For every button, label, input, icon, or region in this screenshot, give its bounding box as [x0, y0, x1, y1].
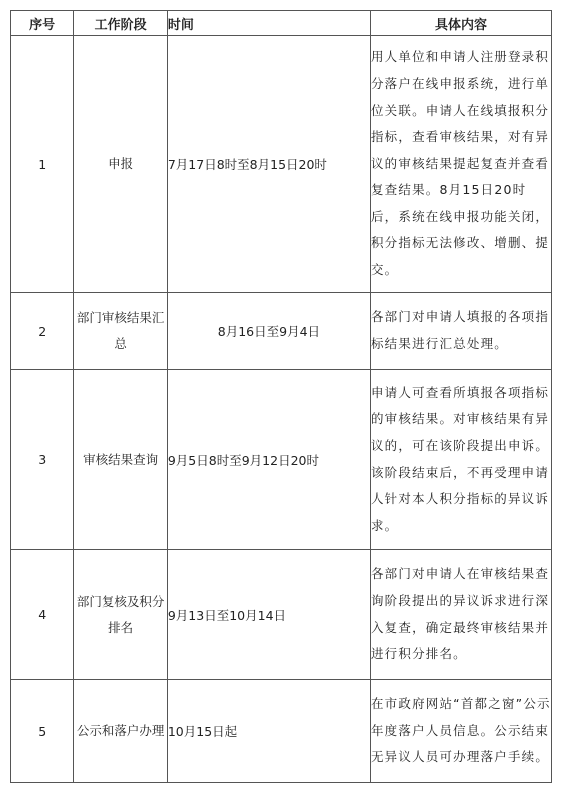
row-time: 10月15日起 [167, 680, 370, 783]
row-content: 用人单位和申请人注册登录积分落户在线申报系统，进行单位关联。申请人在线填报积分指… [370, 36, 551, 293]
row-stage: 审核结果查询 [74, 370, 168, 550]
row-number: 5 [11, 680, 74, 783]
table-row: 3 审核结果查询 9月5日8时至9月12日20时 申请人可查看所填报各项指标的审… [11, 370, 552, 550]
table-row: 4 部门复核及积分排名 9月13日至10月14日 各部门对申请人在审核结果查询阶… [11, 550, 552, 680]
header-stage: 工作阶段 [74, 11, 168, 36]
row-time: 7月17日8时至8月15日20时 [167, 36, 370, 293]
row-content: 在市政府网站“首都之窗”公示年度落户人员信息。公示结束无异议人员可办理落户手续。 [370, 680, 551, 783]
row-time: 8月16日至9月4日 [167, 293, 370, 370]
table-row: 5 公示和落户办理 10月15日起 在市政府网站“首都之窗”公示年度落户人员信息… [11, 680, 552, 783]
row-number: 3 [11, 370, 74, 550]
row-stage: 部门审核结果汇总 [74, 293, 168, 370]
header-time: 时间 [167, 11, 370, 36]
row-number: 4 [11, 550, 74, 680]
row-content: 申请人可查看所填报各项指标的审核结果。对审核结果有异议的，可在该阶段提出申诉。该… [370, 370, 551, 550]
row-time: 9月13日至10月14日 [167, 550, 370, 680]
table-header-row: 序号 工作阶段 时间 具体内容 [11, 11, 552, 36]
row-stage: 申报 [74, 36, 168, 293]
row-number: 2 [11, 293, 74, 370]
schedule-table: 序号 工作阶段 时间 具体内容 1 申报 7月17日8时至8月15日20时 用人… [10, 10, 552, 783]
row-number: 1 [11, 36, 74, 293]
row-content: 各部门对申请人在审核结果查询阶段提出的异议诉求进行深入复查，确定最终审核结果并进… [370, 550, 551, 680]
row-stage: 公示和落户办理 [74, 680, 168, 783]
table-row: 2 部门审核结果汇总 8月16日至9月4日 各部门对申请人填报的各项指标结果进行… [11, 293, 552, 370]
row-stage: 部门复核及积分排名 [74, 550, 168, 680]
table-row: 1 申报 7月17日8时至8月15日20时 用人单位和申请人注册登录积分落户在线… [11, 36, 552, 293]
header-content: 具体内容 [370, 11, 551, 36]
row-content: 各部门对申请人填报的各项指标结果进行汇总处理。 [370, 293, 551, 370]
row-time: 9月5日8时至9月12日20时 [167, 370, 370, 550]
header-no: 序号 [11, 11, 74, 36]
